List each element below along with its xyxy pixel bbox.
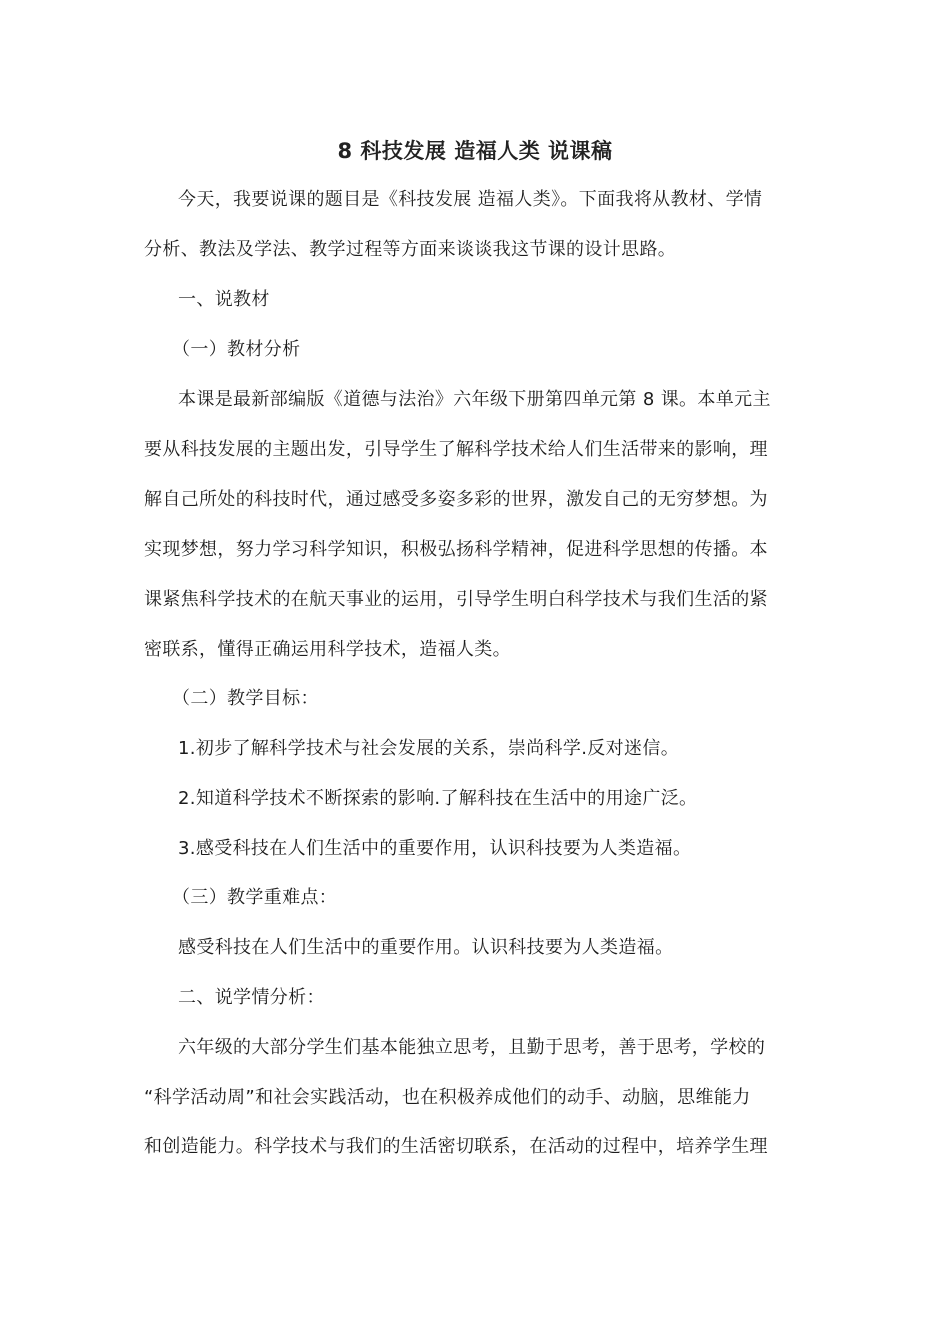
goal-item-2: 2.知道科学技术不断探索的影响.了解科技在生活中的用途广泛。	[178, 786, 838, 812]
paragraph-line: 六年级的大部分学生们基本能独立思考，且勤于思考，善于思考，学校的	[178, 1035, 838, 1061]
goal-item-3: 3.感受科技在人们生活中的重要作用，认识科技要为人类造福。	[178, 836, 838, 862]
document-page: 8 科技发展 造福人类 说课稿 今天，我要说课的题目是《科技发展 造福人类》。下…	[0, 0, 950, 1344]
intro-line-1: 今天，我要说课的题目是《科技发展 造福人类》。下面我将从教材、学情	[178, 187, 838, 213]
paragraph-line: 本课是最新部编版《道德与法治》六年级下册第四单元第 8 课。本单元主	[178, 387, 838, 413]
subsection-heading-key-points: （三）教学重难点：	[172, 885, 832, 911]
paragraph-line: 要从科技发展的主题出发，引导学生了解科学技术给人们生活带来的影响，理	[144, 437, 804, 463]
paragraph-line: 课紧焦科学技术的在航天事业的运用，引导学生明白科学技术与我们生活的紧	[144, 587, 804, 613]
subsection-heading-teaching-goals: （二）教学目标：	[172, 686, 832, 712]
section-heading-student-analysis: 二、说学情分析：	[178, 985, 838, 1011]
subsection-heading-textbook-analysis: （一）教材分析	[172, 337, 832, 363]
goal-item-1: 1.初步了解科学技术与社会发展的关系，崇尚科学.反对迷信。	[178, 736, 838, 762]
paragraph-line: 实现梦想，努力学习科学知识，积极弘扬科学精神，促进科学思想的传播。本	[144, 537, 804, 563]
paragraph-line: 和创造能力。科学技术与我们的生活密切联系，在活动的过程中，培养学生理	[144, 1134, 804, 1160]
key-points-text: 感受科技在人们生活中的重要作用。认识科技要为人类造福。	[178, 935, 838, 961]
paragraph-line: 解自己所处的科技时代，通过感受多姿多彩的世界，激发自己的无穷梦想。为	[144, 487, 804, 513]
intro-line-2: 分析、教法及学法、教学过程等方面来谈谈我这节课的设计思路。	[144, 237, 804, 263]
paragraph-line: 密联系，懂得正确运用科学技术，造福人类。	[144, 637, 804, 663]
document-title: 8 科技发展 造福人类 说课稿	[0, 136, 950, 166]
section-heading-textbook: 一、说教材	[178, 287, 838, 313]
paragraph-line: “科学活动周”和社会实践活动，也在积极养成他们的动手、动脑，思维能力	[144, 1085, 804, 1111]
